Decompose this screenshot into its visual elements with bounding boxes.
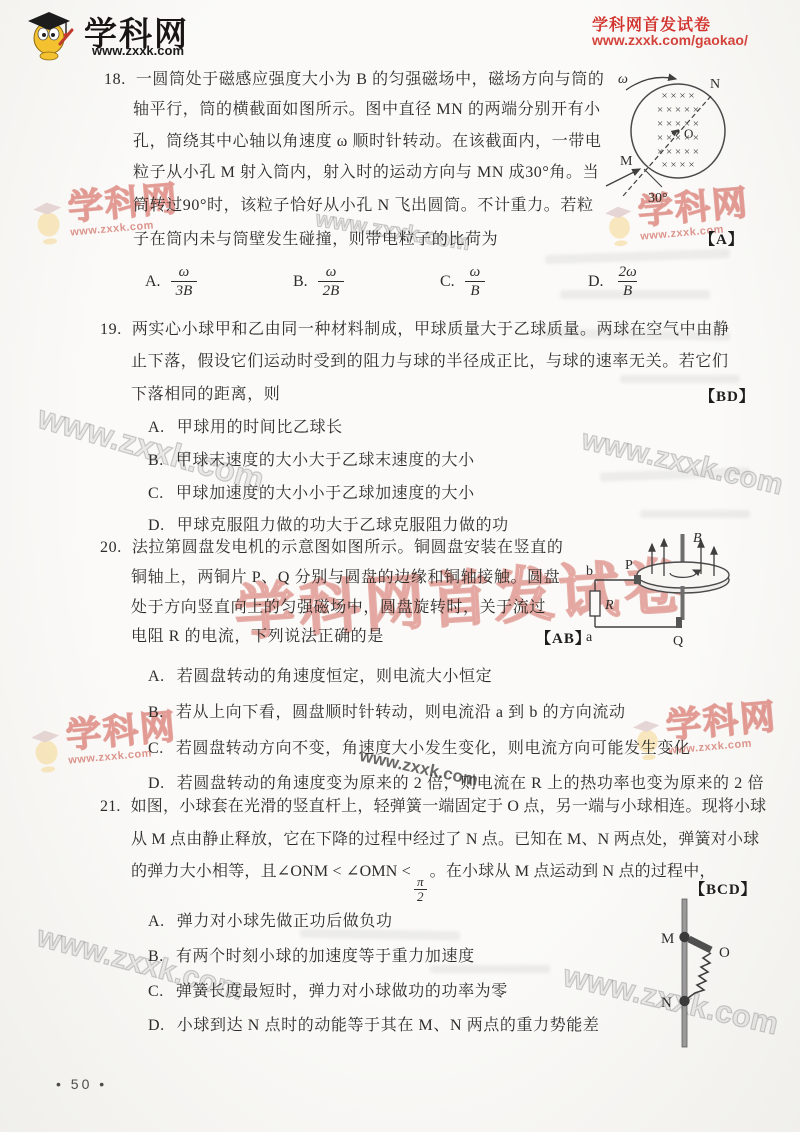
q18-line-2: 轴平行，筒的横截面如图所示。图中直径 MN 的两端分别开有小: [133, 100, 601, 119]
svg-text:× × × × ×: × × × × ×: [657, 104, 699, 116]
q18-answer-key: 【A】: [700, 228, 744, 249]
q20-line-4: 电阻 R 的电流，下列说法正确的是: [131, 627, 384, 646]
q21-option-b: B.有两个时刻小球的加速度等于重力加速度: [148, 943, 475, 966]
header-banner-url: www.zxxk.com/gaokao/: [592, 32, 748, 48]
q19-number: 19.: [100, 320, 122, 339]
brush-q-label: Q: [673, 634, 683, 649]
q21-figure-rod-spring: M O N: [653, 893, 773, 1053]
brush-p-label: P: [625, 558, 633, 573]
q21-option-d: D.小球到达 N 点时的动能等于其在 M、N 两点的重力势能差: [148, 1012, 600, 1035]
watermark-mascot-icon: [28, 721, 66, 776]
q19-line-3: 下落相同的距离，则: [131, 385, 280, 404]
q19-option-d: D.甲球克服阻力做的功大于乙球克服阻力做的功: [148, 512, 509, 535]
page-number: • 50 •: [56, 1076, 107, 1092]
q20-line-1: 20.法拉第圆盘发电机的示意图如图所示。铜圆盘安装在竖直的: [100, 538, 563, 557]
svg-text:× × × ×: × × × ×: [661, 159, 694, 171]
watermark-mascot-icon: [30, 193, 68, 248]
exam-paper-page: 学科网 www.zxxk.com 学科网首发试卷 www.zxxk.com/ga…: [0, 0, 800, 1132]
point-o-label: O: [684, 126, 693, 141]
q18-line-5: 筒转过90°时，该粒子恰好从小孔 N 飞出圆筒。不计重力。若粒: [133, 196, 594, 215]
q20-option-c: C.若圆盘转动方向不变，角速度大小发生变化，则电流方向可能发生变化: [148, 735, 690, 758]
angle-30-label: 30°: [648, 191, 668, 206]
omega-label: ω: [618, 72, 628, 87]
field-b-label: B: [693, 531, 702, 546]
q18-option-a: A. ω3B: [145, 264, 197, 301]
q18-line-1: 18.一圆筒处于磁感应强度大小为 B 的匀强磁场中，磁场方向与筒的: [104, 70, 605, 89]
q20-option-b: B.若从上向下看，圆盘顺时针转动，则电流沿 a 到 b 的方向流动: [148, 699, 626, 722]
q18-line-6: 子在筒内未与筒壁发生碰撞，则带电粒子的比荷为: [133, 230, 498, 249]
q19-option-c: C.甲球加速度的大小小于乙球加速度的大小: [148, 480, 475, 503]
fraction: 2ωB: [614, 264, 642, 301]
q20-figure-faraday-disk: b P B R a Q: [580, 528, 795, 653]
q18-option-b: B. ω2B: [293, 264, 344, 301]
pi-over-2-fraction: π2: [414, 875, 427, 903]
point-n-label: N: [661, 995, 672, 1011]
q21-line-2: 从 M 点由静止释放，它在下降的过程中经过了 N 点。已知在 M、N 两点处，弹…: [131, 830, 759, 849]
q18-line-3: 孔，筒绕其中心轴以角速度 ω 顺时针转动。在该截面内，一带电: [133, 132, 602, 151]
q21-line-3: 的弹力大小相等，且∠ONM < ∠OMN <π2。在小球从 M 点运动到 N 点…: [131, 862, 716, 903]
q18-option-c: C. ωB: [440, 264, 485, 301]
q18-number: 18.: [104, 70, 126, 89]
bleedthrough-smudge: [430, 965, 550, 973]
q20-number: 20.: [100, 538, 122, 557]
q21-option-c: C.弹簧长度最短时，弹力对小球做功的功率为零: [148, 978, 508, 1001]
bleedthrough-smudge: [545, 249, 730, 264]
svg-text:× × × × ×: × × × × ×: [657, 146, 699, 158]
q19-option-a: A.甲球用的时间比乙球长: [148, 414, 343, 437]
zxxk-logo-url: www.zxxk.com: [92, 43, 184, 58]
fraction: ω3B: [171, 264, 198, 301]
q21-option-a: A.弹力对小球先做正功后做负功: [148, 908, 393, 931]
q20-option-d: D.若圆盘转动的角速度变为原来的 2 倍，则电流在 R 上的热功率也变为原来的 …: [148, 770, 764, 793]
q21-number: 21.: [100, 797, 121, 816]
zxxk-mascot-logo-icon: [22, 4, 80, 62]
q19-line-1: 19.两实心小球甲和乙由同一种材料制成，甲球质量大于乙球质量。两球在空气中由静: [100, 320, 729, 339]
q19-line-2: 止下落，假设它们运动时受到的阻力与球的半径成正比，与球的速率无关。若它们: [131, 352, 729, 371]
svg-text:× × × ×: × × × ×: [661, 90, 694, 102]
q20-line-3: 处于方向竖直向上的匀强磁场中，圆盘旋转时，关于流过: [131, 598, 546, 617]
q18-figure-cylinder-field: × × × × × × × × × × × × × × × × × × × × …: [598, 66, 798, 216]
gray-url-watermark: www.zxxk.com: [579, 424, 786, 502]
resistor-r-label: R: [604, 598, 614, 613]
q18-line-4: 粒子从小孔 M 射入筒内，射入时的运动方向与 MN 成30°角。当: [133, 163, 599, 182]
terminal-b-label: b: [586, 564, 593, 579]
q19-option-b: B.甲球末速度的大小大于乙球末速度的大小: [148, 447, 475, 470]
q19-answer-key: 【BD】: [700, 385, 755, 406]
q20-option-a: A.若圆盘转动的角速度恒定，则电流大小恒定: [148, 663, 492, 686]
point-m-label: M: [620, 154, 633, 169]
fraction: ω2B: [318, 264, 345, 301]
point-m-label: M: [661, 931, 674, 947]
terminal-a-label: a: [586, 630, 593, 645]
point-n-label: N: [710, 77, 720, 92]
q18-option-d: D. 2ωB: [588, 264, 642, 301]
bleedthrough-smudge: [620, 375, 740, 383]
bleedthrough-smudge: [640, 510, 750, 518]
q20-line-2: 铜轴上，两铜片 P、Q 分别与圆盘的边缘和铜轴接触。圆盘: [131, 568, 560, 587]
q21-line-1: 21.如图，小球套在光滑的竖直杆上，轻弹簧一端固定于 O 点，另一端与小球相连。…: [100, 797, 766, 816]
fraction: ωB: [465, 264, 486, 301]
point-o-label: O: [719, 945, 730, 961]
